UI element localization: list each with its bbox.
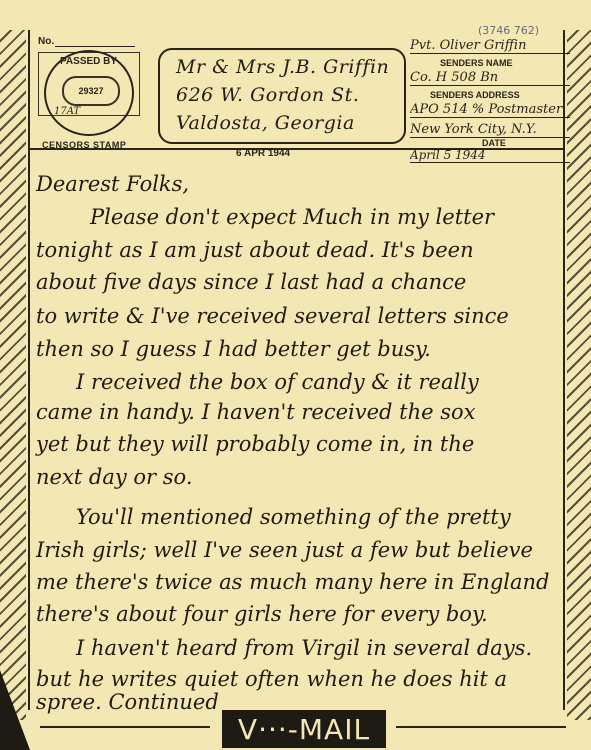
number-label: No. <box>38 36 54 47</box>
letter-line: Please don't expect Much in my letter <box>90 205 494 229</box>
letter-line: about five days since I last had a chanc… <box>36 270 466 294</box>
address-line-3: Valdosta, Georgia <box>176 112 355 134</box>
vmail-logo: V···-MAIL <box>222 710 386 748</box>
passed-by-text: PASSED BY <box>60 56 117 67</box>
footer-line-right <box>396 726 566 728</box>
letter-line: but he writes quiet often when he does h… <box>36 667 507 691</box>
corner-shadow <box>0 670 30 750</box>
letter-line: I haven't heard from Virgil in several d… <box>76 636 532 660</box>
letter-line: then so I guess I had better get busy. <box>36 337 431 361</box>
sender-name-label: SENDERS NAME <box>440 58 513 68</box>
postmark-date: 6 APR 1944 <box>236 148 290 159</box>
footer-line-left <box>40 726 210 728</box>
sender-date: April 5 1944 <box>410 148 570 163</box>
letter-line: Irish girls; well I've seen just a few b… <box>36 538 533 562</box>
letter-line: there's about four girls here for every … <box>36 602 488 626</box>
right-hatched-border <box>567 30 591 720</box>
letter-line: to write & I've received several letters… <box>36 304 509 328</box>
letter-line: You'll mentioned something of the pretty <box>76 505 511 529</box>
censor-signature: 17AT <box>54 106 80 117</box>
address-line-2: 626 W. Gordon St. <box>176 84 359 106</box>
letter-line: next day or so. <box>36 465 193 489</box>
letter-line: Dearest Folks, <box>36 172 189 196</box>
sender-address-2: APO 514 % Postmaster <box>410 102 570 118</box>
letter-line: I received the box of candy & it really <box>76 370 479 394</box>
censors-stamp-label: CENSORS STAMP <box>42 140 126 150</box>
left-hatched-border <box>0 30 26 720</box>
letter-line: spree. Continued <box>36 690 219 714</box>
sender-address-3: New York City, N.Y. <box>410 122 570 138</box>
letter-line: me there's twice as much many here in En… <box>36 570 549 594</box>
pencil-note: (3746 762) <box>478 24 539 37</box>
sender-address-1: Co. H 508 Bn <box>410 70 570 86</box>
letter-line: tonight as I am just about dead. It's be… <box>36 238 474 262</box>
number-line <box>55 46 135 47</box>
censor-number: 29327 <box>62 76 120 106</box>
address-line-1: Mr & Mrs J.B. Griffin <box>176 56 389 78</box>
left-border-line <box>28 30 30 710</box>
letter-line: came in handy. I haven't received the so… <box>36 400 475 424</box>
sender-address-label: SENDERS ADDRESS <box>430 90 520 100</box>
sender-name: Pvt. Oliver Griffin <box>410 38 570 54</box>
letter-line: yet but they will probably come in, in t… <box>36 432 474 456</box>
date-label: DATE <box>482 138 506 148</box>
